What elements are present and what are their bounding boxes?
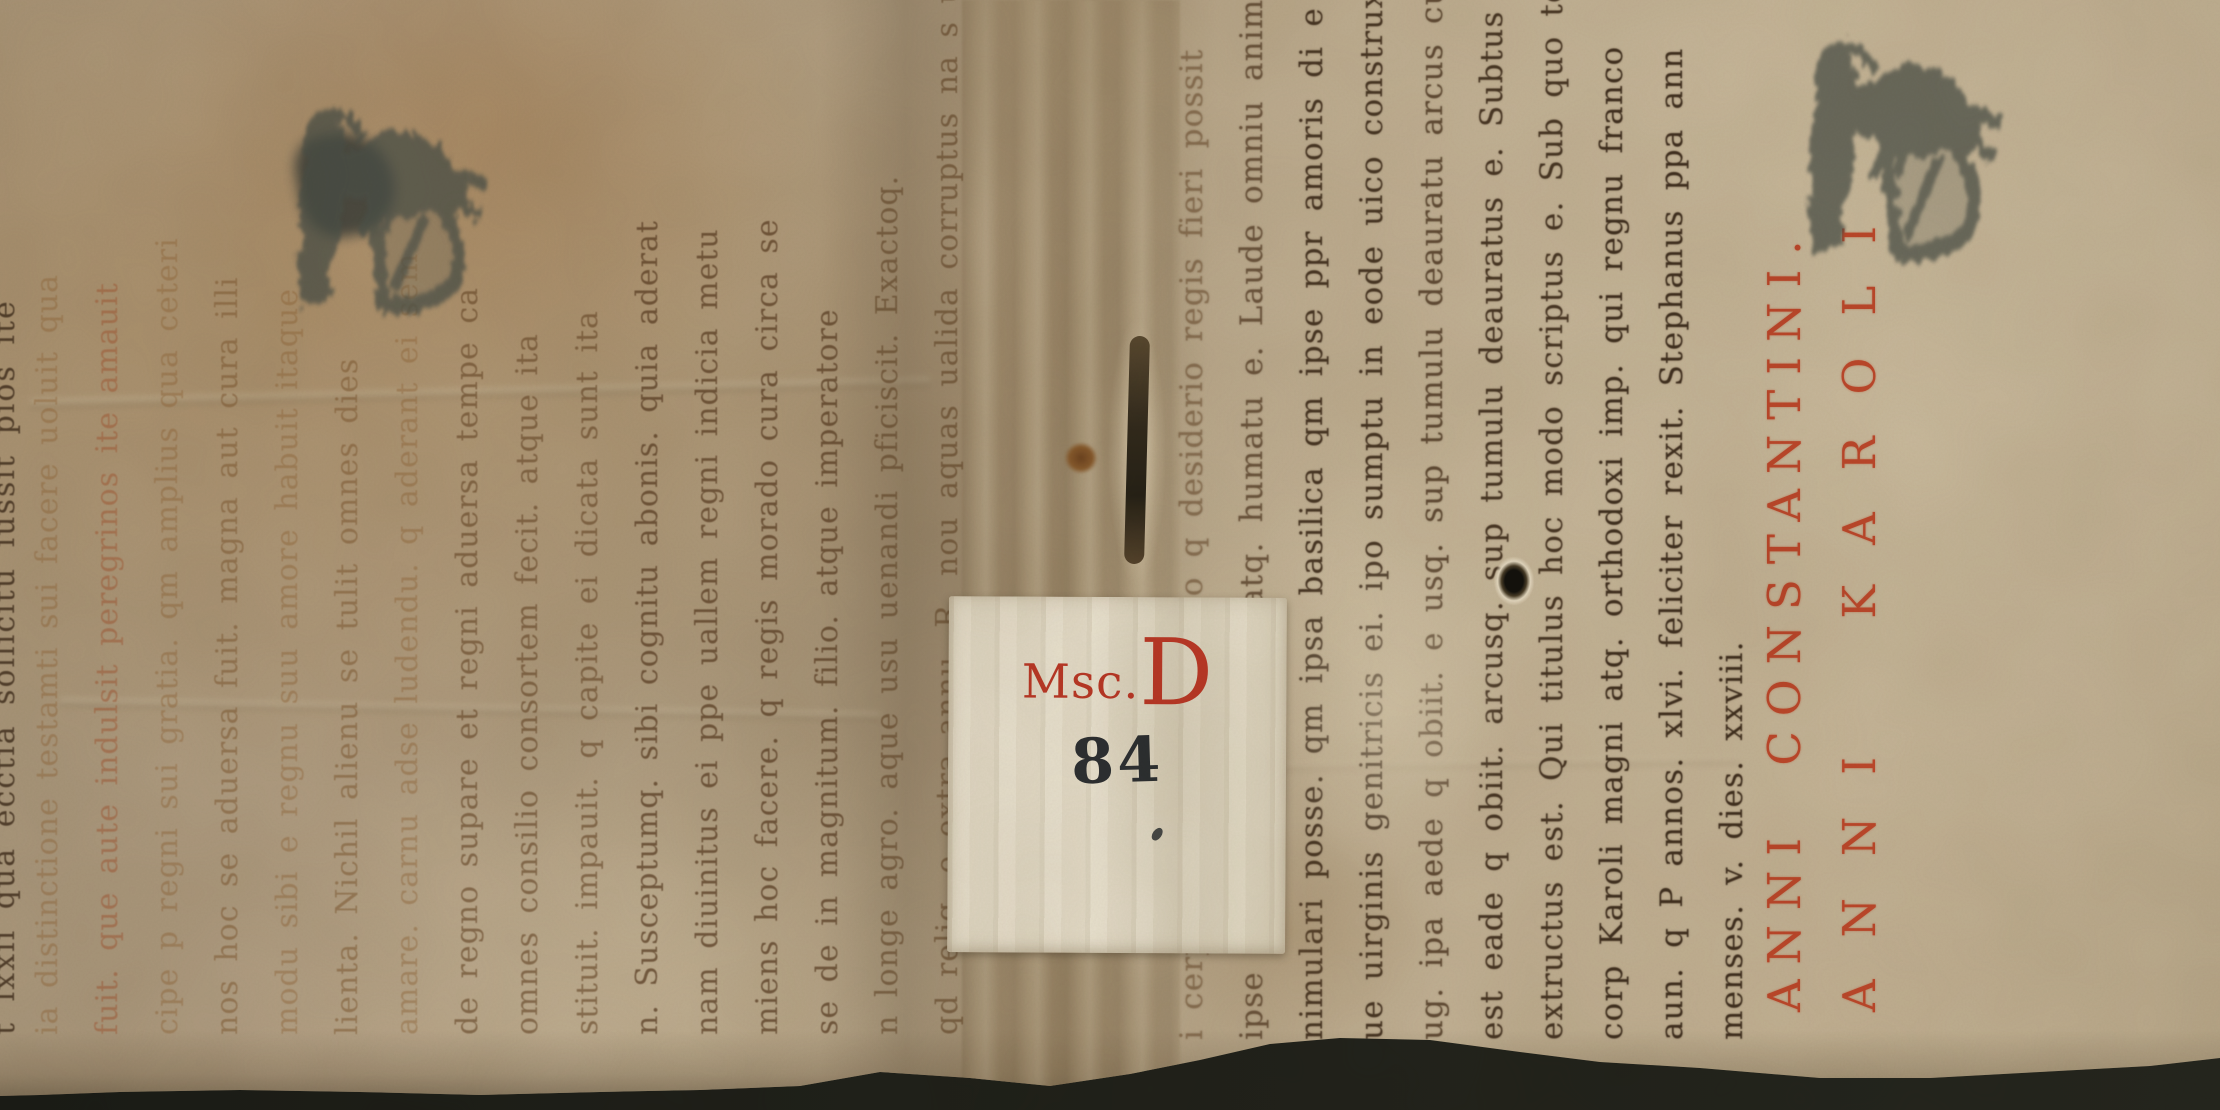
manuscript-line: corp Karoli magni atq. orthodoxi imp. qu… <box>1582 0 1642 1040</box>
manuscript-line: ug. ipa aede q obiit. e usq. sup tumulu … <box>1402 0 1462 1040</box>
manuscript-line: extructus est. Qui titulus hoc modo scri… <box>1522 0 1582 1040</box>
manuscript-line: est eade q obiit. arcusq. sup tumulu dea… <box>1462 0 1522 1040</box>
shelfmark-prefix: Msc. <box>1022 655 1140 711</box>
ink-blot <box>1149 826 1164 843</box>
manuscript-line: omnes consilio consortem fecit. atque it… <box>498 0 558 1035</box>
shelfmark-number: 84 <box>947 719 1287 802</box>
shelfmark-line: Msc.D <box>948 654 1286 711</box>
library-lion-stamp-icon <box>285 95 500 345</box>
manuscript-line: stituit. impauit. q capite ei dicata sun… <box>558 0 618 1035</box>
manuscript-line: n. Susceptumq. sibi cognitu abonis. quia… <box>618 0 678 1035</box>
manuscript-line: ue uirginis genitricis ei. ipo sumptu in… <box>1342 0 1402 1040</box>
manuscript-line: nimulari posse. qm ipsa basilica qm ipse… <box>1282 0 1342 1040</box>
manuscript-line: cipe p regni sui gratia. qm amplius qua … <box>138 0 198 1035</box>
manuscript-photo: ia distinctione testamti sui facere uolu… <box>0 0 2220 1110</box>
parchment-hole <box>1490 552 1538 610</box>
manuscript-line: n longe agro. aque usu uenandi pficiscit… <box>858 0 918 1035</box>
left-edge-clipped-text: t lxxii qua ecctia sollicitu iussit pios… <box>0 0 30 1035</box>
manuscript-line: nam diuinitus ei ppe uallem regni indici… <box>678 0 738 1035</box>
manuscript-line: menses. v. dies. xxviii. <box>1702 0 1762 1040</box>
manuscript-line: nos hoc se aduersa fuit. magna aut cura … <box>198 0 258 1035</box>
manuscript-line: t lxxii qua ecctia sollicitu iussit pios… <box>0 0 30 1035</box>
manuscript-line: miens hoc facere. q regis morado cura ci… <box>738 0 798 1035</box>
manuscript-line: se de in magnitum. filio. atque imperato… <box>798 0 858 1035</box>
shelfmark-label: Msc.D 84 <box>947 596 1287 954</box>
manuscript-line: fuit. que aute indulsit peregrinos ite a… <box>78 0 138 1035</box>
parchment-page: ia distinctione testamti sui facere uolu… <box>0 0 2220 1110</box>
brown-spot <box>1060 438 1102 478</box>
manuscript-line: aun. q P annos. xlvi. feliciter rexit. S… <box>1642 0 1702 1040</box>
library-lion-stamp-icon <box>1795 25 2015 295</box>
shelfmark-letter: D <box>1139 619 1213 726</box>
